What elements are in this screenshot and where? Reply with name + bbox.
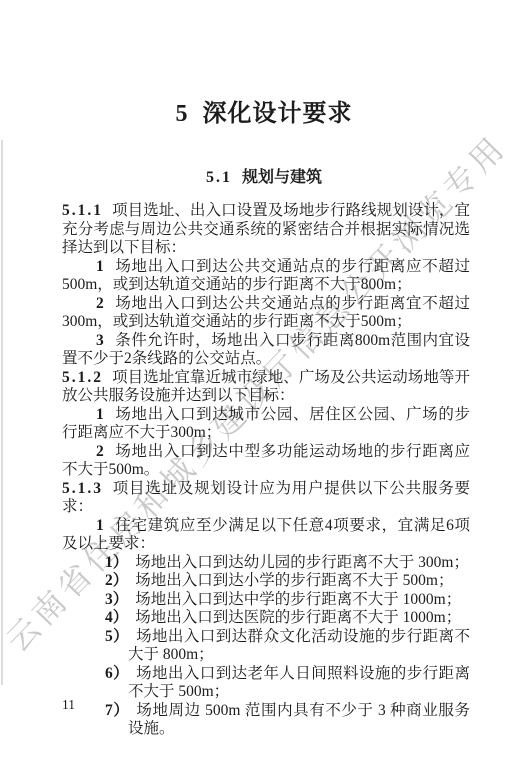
subitem-label: 2）: [105, 572, 128, 589]
page-number: 11: [62, 697, 75, 713]
clause-text: 项目选址、出入口设置及场地步行路线规划设计，宜充分考虑与周边公共交通系统的紧密结…: [62, 202, 470, 256]
subitem-text: 场地出入口到达群众文化活动设施的步行距离不大于 800m；: [128, 628, 470, 664]
subitem-text: 场地周边 500m 范围内具有不少于 3 种商业服务设施。: [128, 702, 470, 738]
list-item: 1场地出入口到达公共交通站点的步行距离应不超过500m，或到达轨道交通站的步行距…: [62, 258, 470, 295]
sub-list-item: 6）场地出入口到达老年人日间照料设施的步行距离不大于 500m；: [128, 665, 470, 702]
subitem-label: 3）: [105, 591, 128, 608]
chapter-title-text: 深化设计要求: [203, 101, 353, 127]
item-text: 住宅建筑应至少满足以下任意4项要求，宜满足6项及以上要求：: [62, 517, 470, 553]
clause-label: 5.1.2: [62, 369, 103, 386]
item-label: 1: [96, 406, 104, 423]
subitem-label: 1）: [105, 554, 128, 571]
item-label: 2: [96, 295, 104, 312]
document-page: 云南省住房和城乡建设厅信息公开浏览专用 5深化设计要求 5.1规划与建筑 5.1…: [0, 0, 528, 767]
clause-5-1-3: 5.1.3项目选址及规划设计应为用户提供以下公共服务要求：: [62, 480, 470, 517]
subitem-text: 场地出入口到达中学的步行距离不大于 1000m；: [135, 591, 461, 608]
sub-list-item: 3）场地出入口到达中学的步行距离不大于 1000m；: [128, 591, 470, 610]
sub-list-item: 7）场地周边 500m 范围内具有不少于 3 种商业服务设施。: [128, 702, 470, 739]
subitem-label: 5）: [105, 628, 129, 645]
subitem-text: 场地出入口到达老年人日间照料设施的步行距离不大于 500m；: [128, 665, 470, 701]
item-text: 场地出入口到达公共交通站点的步行距离应不超过500m，或到达轨道交通站的步行距离…: [62, 258, 470, 294]
list-item: 1场地出入口到达城市公园、居住区公园、广场的步行距离应不大于300m；: [62, 406, 470, 443]
item-label: 2: [96, 443, 104, 460]
subitem-label: 6）: [105, 665, 129, 682]
subitem-label: 4）: [105, 609, 128, 626]
subitem-text: 场地出入口到达医院的步行距离不大于 1000m；: [135, 609, 461, 626]
section-number: 5.1: [206, 169, 232, 186]
item-text: 条件允许时，场地出入口步行距离800m范围内宜设置不少于2条线路的公交站点。: [62, 332, 470, 368]
clause-text: 项目选址宜靠近城市绿地、广场及公共运动场地等开放公共服务设施并达到以下目标：: [62, 369, 470, 405]
section-title-text: 规划与建筑: [242, 169, 322, 186]
chapter-title: 5深化设计要求: [0, 0, 528, 127]
list-item: 2场地出入口到达中型多功能运动场地的步行距离应不大于500m。: [62, 443, 470, 480]
list-item: 3条件允许时，场地出入口步行距离800m范围内宜设置不少于2条线路的公交站点。: [62, 332, 470, 369]
item-label: 1: [96, 517, 104, 534]
sub-list-item: 2）场地出入口到达小学的步行距离不大于 500m；: [128, 572, 470, 591]
clause-text: 项目选址及规划设计应为用户提供以下公共服务要求：: [62, 480, 470, 516]
clause-5-1-1: 5.1.1项目选址、出入口设置及场地步行路线规划设计，宜充分考虑与周边公共交通系…: [62, 202, 470, 258]
body-text: 5.1.1项目选址、出入口设置及场地步行路线规划设计，宜充分考虑与周边公共交通系…: [0, 202, 528, 739]
subitem-text: 场地出入口到达小学的步行距离不大于 500m；: [135, 572, 453, 589]
item-text: 场地出入口到达公共交通站点的步行距离宜不超过300m，或到达轨道交通站的步行距离…: [62, 295, 470, 331]
clause-label: 5.1.1: [62, 202, 103, 219]
sub-list-item: 1）场地出入口到达幼儿园的步行距离不大于 300m；: [128, 554, 470, 573]
subitem-text: 场地出入口到达幼儿园的步行距离不大于 300m；: [135, 554, 469, 571]
clause-label: 5.1.3: [62, 480, 103, 497]
item-label: 3: [96, 332, 104, 349]
sub-list-item: 5）场地出入口到达群众文化活动设施的步行距离不大于 800m；: [128, 628, 470, 665]
item-text: 场地出入口到达城市公园、居住区公园、广场的步行距离应不大于300m；: [62, 406, 470, 442]
chapter-number: 5: [176, 101, 189, 127]
list-item: 1住宅建筑应至少满足以下任意4项要求，宜满足6项及以上要求：: [62, 517, 470, 554]
section-heading: 5.1规划与建筑: [0, 168, 528, 188]
sub-list-item: 4）场地出入口到达医院的步行距离不大于 1000m；: [128, 609, 470, 628]
clause-5-1-2: 5.1.2项目选址宜靠近城市绿地、广场及公共运动场地等开放公共服务设施并达到以下…: [62, 369, 470, 406]
list-item: 2场地出入口到达公共交通站点的步行距离宜不超过300m，或到达轨道交通站的步行距…: [62, 295, 470, 332]
item-label: 1: [96, 258, 104, 275]
subitem-label: 7）: [105, 702, 129, 719]
item-text: 场地出入口到达中型多功能运动场地的步行距离应不大于500m。: [62, 443, 470, 479]
